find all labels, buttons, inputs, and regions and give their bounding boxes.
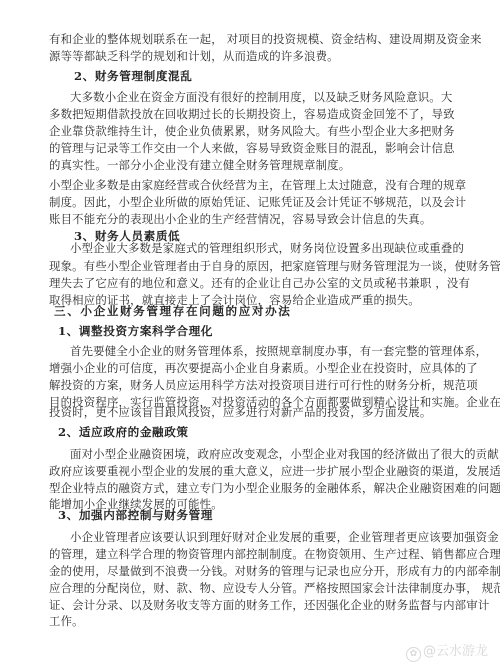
watermark: ✿@云水游龙 [406, 640, 488, 662]
subsection-heading: 2、适应政府的金融政策 [58, 424, 189, 440]
text-line: 源等等都缺乏科学的规划和计划，从而造成的许多浪费。 [49, 48, 449, 64]
part-heading: 三、小企业财务管理存在问题的应对办法 [54, 303, 292, 319]
text-line: 投资时，更不应该盲目跟风投资，应多进行对新产品的投资，多方面发展。 [49, 404, 449, 420]
text-line: 制度。因此，小型企业所做的原始凭证、记账凭证及会计凭证不够规范，以及会计 [49, 194, 449, 210]
text-line: 小型企业大多数是家庭式的管理组织形式，财务岗位设置多出现缺位或重叠的 [70, 240, 470, 256]
subsection-heading: 3、加强内部控制与财务管理 [58, 507, 213, 523]
text-line: 企业靠贷款维持生计，使企业负债累累，财务风险大。有些小型企业大多把财务 [49, 123, 449, 139]
text-line: 现象。有些小型企业管理者由于自身的原因，把家庭管理与财务管理混为一谈，使财务管 [49, 258, 449, 274]
subsection-heading: 1、调整投资方案科学合理化 [58, 323, 213, 339]
app-logo-icon: ✿ [406, 647, 421, 662]
text-line: 的管理与记录等工作交由一个人来做，容易导致资金账目的混乱，影响会计信息 [49, 140, 449, 156]
text-line: 小型企业多数是由家庭经营或合伙经营为主，在管理上太过随意，没有合理的规章 [49, 177, 449, 193]
text-line: 金的使用，尽量做到不浪费一分钱。对财务的管理与记录也应分开，形成有力的内部牵制， [49, 563, 449, 579]
text-line: 工作。 [49, 613, 449, 629]
text-line: 理失去了它应有的地位和意义。还有的企业让自己办公室的文员或秘书兼职 ，没有 [49, 275, 449, 291]
document-page: 有和企业的整体规划联系在一起， 对项目的投资规模、资金结构、建设周期及资金来 源… [0, 0, 500, 666]
text-line: 解投资的方案，财务人员应运用科学方法对投资项目进行可行性的财务分析，规范项 [49, 377, 449, 393]
text-line: 账目不能充分的表现出小企业的生产经营情况，容易导致会计信息的失真。 [49, 211, 449, 227]
text-line: 型企业特点的融资方式，建立专门为小型企业服务的金融体系，解决企业融资困难的问题，… [49, 480, 449, 496]
watermark-text: @云水游龙 [423, 644, 488, 659]
text-line: 多数把短期借款投放在回收期过长的长期投资上，容易造成资金回笼不了，导致 [49, 106, 449, 122]
section-heading: 2、财务管理制度混乱 [74, 68, 192, 84]
text-line: 证、会计分录、以及财务收支等方面的财务工作，还因强化企业的财务监督与内部审计 [49, 597, 449, 613]
text-line: 首先要健全小企业的财务管理体系，按照规章制度办事，有一套完整的管理体系， [70, 343, 470, 359]
text-line: 小企业管理者应该要认识到理好财对企业发展的重要，企业管理者更应该要加强资金 [70, 529, 470, 545]
text-line: 政府应该要重视小型企业的发展的重大意义，应进一步扩展小型企业融资的渠道，发展适合… [49, 463, 449, 479]
text-line: 的管理，建立科学合理的物资管理内部控制制度。在物资领用、生产过程、销售都应合理控… [49, 546, 449, 562]
text-line: 有和企业的整体规划联系在一起， 对项目的投资规模、资金结构、建设周期及资金来 [49, 31, 449, 47]
text-line: 面对小型企业融资困境，政府应改变观念，小型企业对我国的经济做出了很大的贡献， [70, 446, 470, 462]
text-line: 的真实性。一部分小企业没有建立健全财务管理规章制度。 [49, 157, 449, 173]
text-line: 增强小企业的可信度，再次要提高小企业自身素质。小型企业在投资时，应具体的了 [49, 360, 449, 376]
text-line: 应合理的分配岗位，财、款、物、应设专人分管。严格按照国家会计法律制度办事， 规范… [49, 580, 449, 596]
text-line: 大多数小企业在资金方面没有很好的控制用度，以及缺乏财务风险意识。大 [70, 89, 470, 105]
